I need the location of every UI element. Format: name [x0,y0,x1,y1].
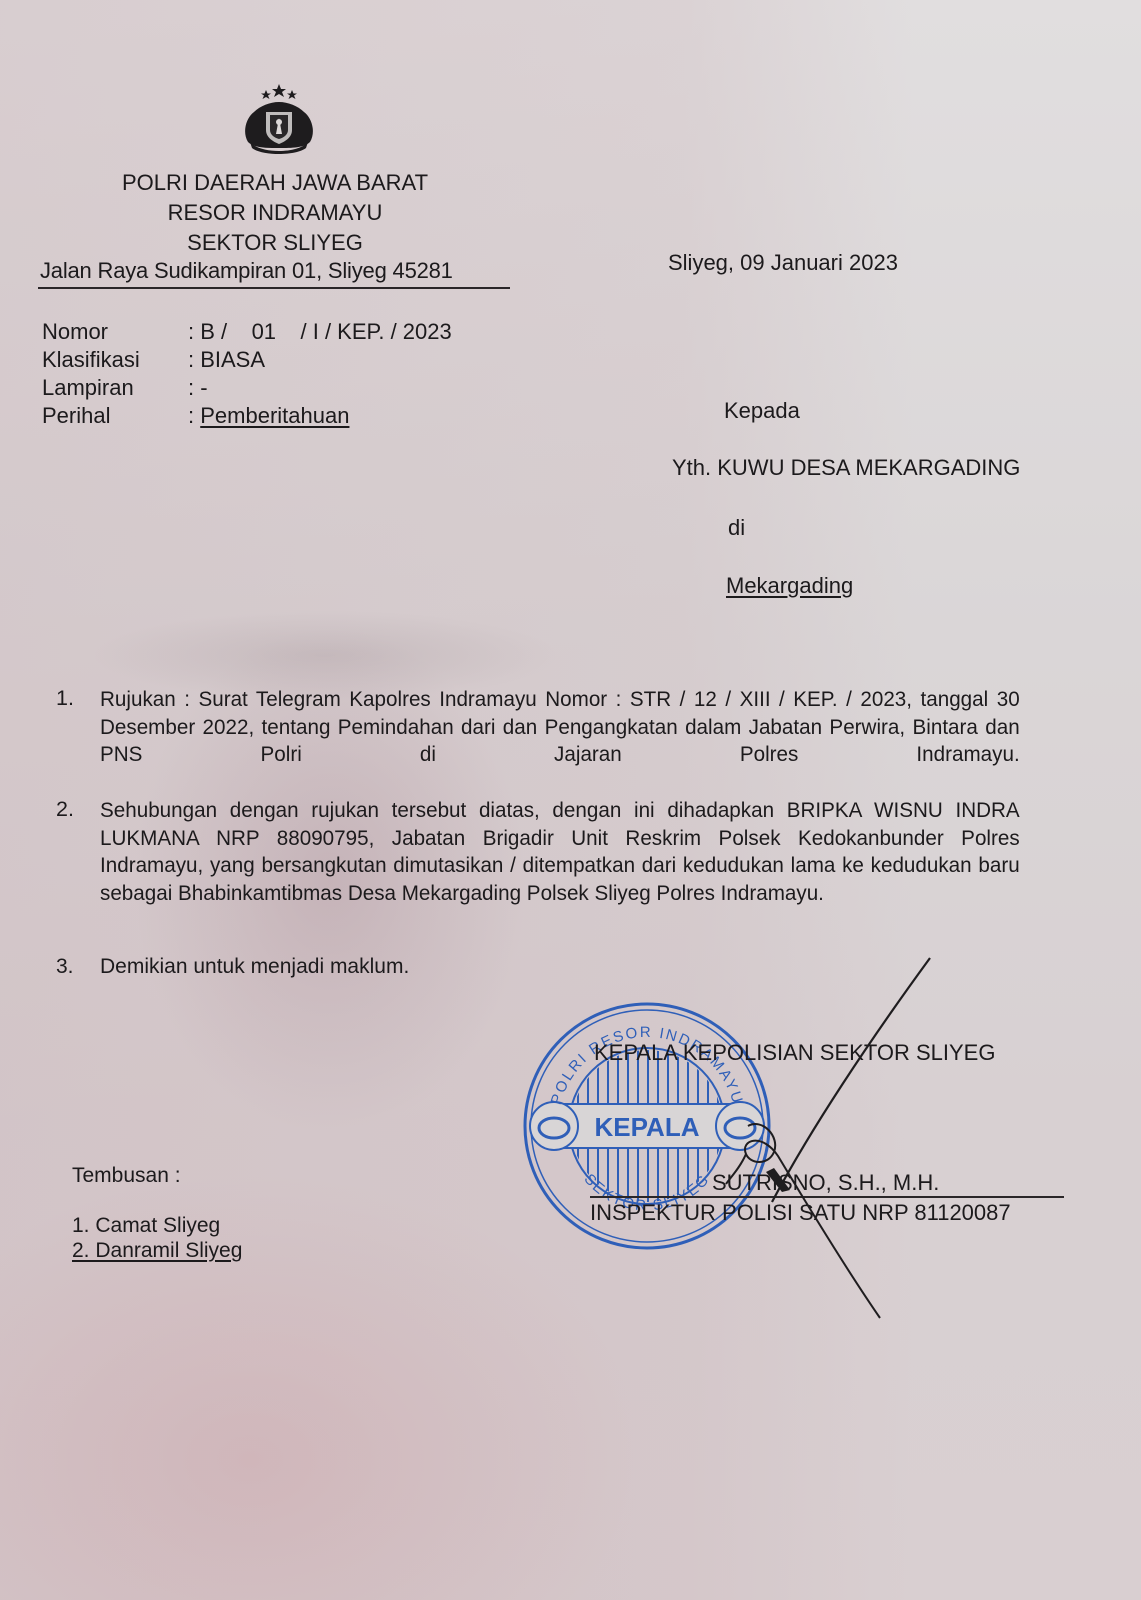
paragraph-text: Rujukan : Surat Telegram Kapolres Indram… [100,686,1020,769]
recipient-place: Mekargading [726,573,853,599]
letterhead-rule [38,287,510,289]
meta-label: Nomor [42,318,188,346]
polri-emblem-icon [236,82,322,156]
meta-value: : BIASA [188,347,265,372]
meta-label: Klasifikasi [42,346,188,374]
recipient-di: di [728,515,745,541]
meta-value: Pemberitahuan [200,403,349,428]
letterhead-line1: POLRI DAERAH JAWA BARAT [40,168,510,198]
meta-label: Lampiran [42,374,188,402]
paragraph-1: Rujukan : Surat Telegram Kapolres Indram… [100,686,1020,769]
recipient-name: Yth. KUWU DESA MEKARGADING [672,455,1020,481]
place-date: Sliyeg, 09 Januari 2023 [668,250,898,276]
letterhead-line3: SEKTOR SLIYEG [40,228,510,258]
meta-label: Perihal [42,402,188,430]
paragraph-number: 2. [56,797,74,822]
cc-item: 1. Camat Sliyeg [72,1214,220,1238]
meta-lampiran: Lampiran: - [42,374,208,402]
handwritten-signature [700,940,960,1330]
paragraph-number: 3. [56,955,74,979]
meta-klasifikasi: Klasifikasi: BIASA [42,346,265,374]
letterhead-address: Jalan Raya Sudikampiran 01, Sliyeg 45281 [40,256,453,286]
meta-perihal: Perihal: Pemberitahuan [42,402,349,430]
meta-value-prefix: : [188,403,200,428]
paragraph-3: Demikian untuk menjadi maklum. [100,955,409,979]
cc-item: 2. Danramil Sliyeg [72,1239,242,1263]
stamp-center-text: KEPALA [595,1112,700,1142]
meta-value: : B / 01 / I / KEP. / 2023 [188,319,452,344]
letterhead-line2: RESOR INDRAMAYU [40,198,510,228]
cc-heading: Tembusan : [72,1164,181,1188]
meta-value: : - [188,375,208,400]
recipient-to: Kepada [724,398,800,424]
meta-nomor: Nomor: B / 01 / I / KEP. / 2023 [42,318,452,346]
paragraph-text: Sehubungan dengan rujukan tersebut diata… [100,797,1020,907]
paragraph-number: 1. [56,686,74,711]
paragraph-2: Sehubungan dengan rujukan tersebut diata… [100,797,1020,907]
